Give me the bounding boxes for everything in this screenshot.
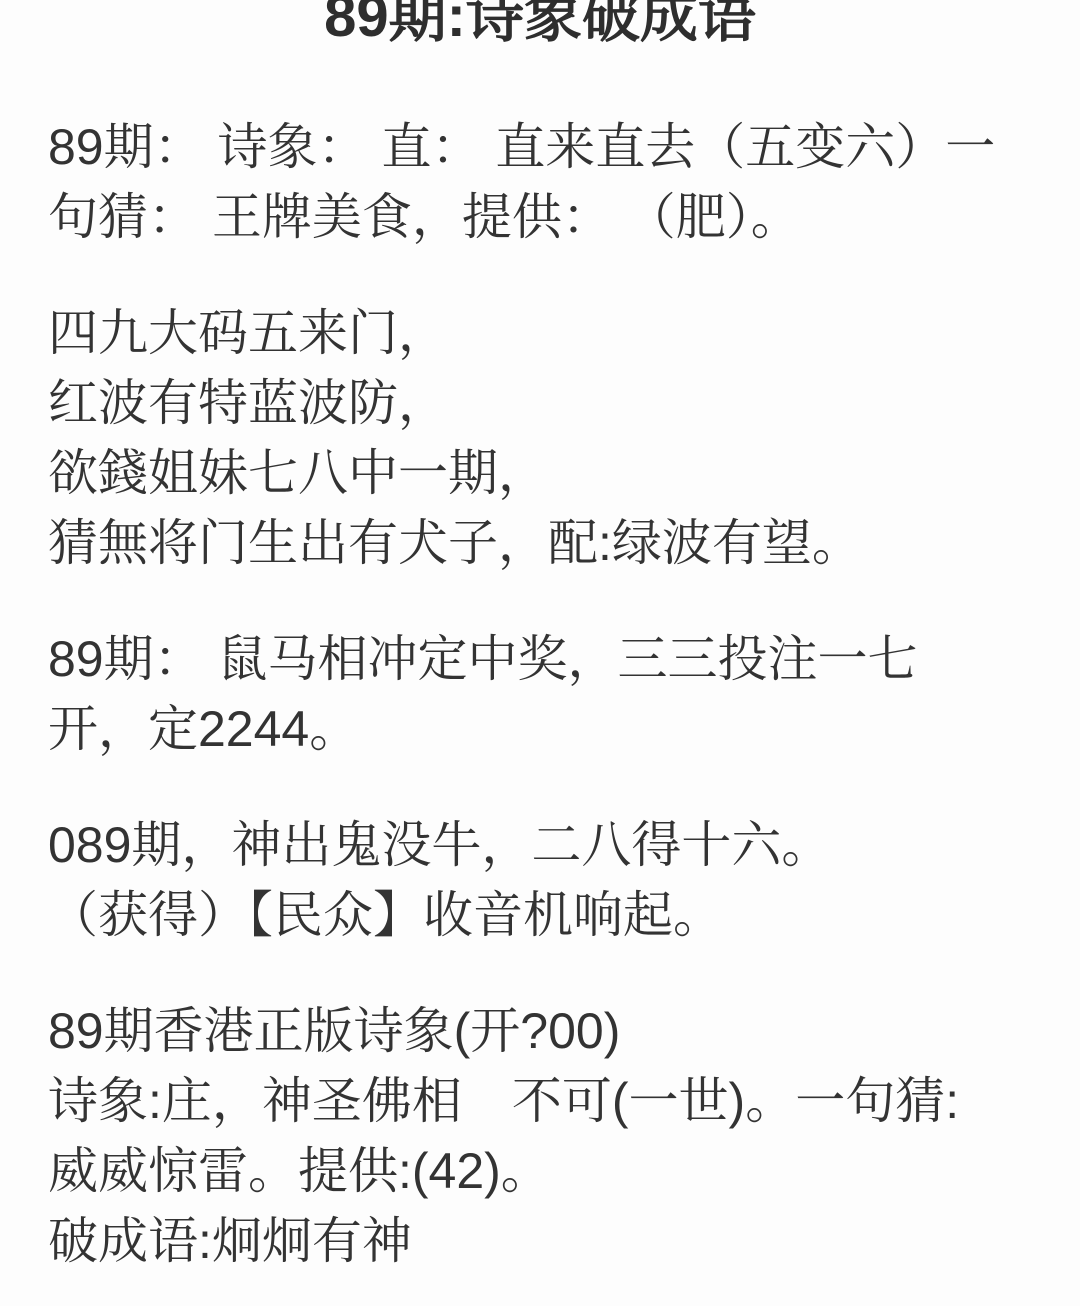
content-area: 89期： 诗象： 直： 直来直去（五变六）一句猜： 王牌美食，提供： （肥）。 … (0, 112, 1080, 1276)
text-line: 句猜： 王牌美食，提供： （肥）。 (48, 182, 1032, 252)
text-line: 破成语:炯炯有神 (48, 1206, 1032, 1276)
paragraph-poem: 四九大码五来门，红波有特蓝波防，欲錢姐妹七八中一期，猜無将门生出有犬子，配:绿波… (48, 298, 1032, 578)
page-title: 89期:诗象破成语 (0, 0, 1080, 46)
text-line: 开，定2244。 (48, 694, 1032, 764)
text-line: 089期，神出鬼没牛，二八得十六。 (48, 810, 1032, 880)
text-line: 89期香港正版诗象(开?00) (48, 996, 1032, 1066)
text-line: 猜無将门生出有犬子，配:绿波有望。 (48, 508, 1032, 578)
paragraph-riddle-1: 89期： 诗象： 直： 直来直去（五变六）一句猜： 王牌美食，提供： （肥）。 (48, 112, 1032, 252)
text-line: （获得）【民众】收音机响起。 (48, 880, 1032, 950)
text-line: 威威惊雷。提供:(42)。 (48, 1136, 1032, 1206)
text-line: 红波有特蓝波防， (48, 368, 1032, 438)
text-line: 89期： 鼠马相冲定中奖，三三投注一七 (48, 624, 1032, 694)
paragraph-riddle-3: 089期，神出鬼没牛，二八得十六。（获得）【民众】收音机响起。 (48, 810, 1032, 950)
tip-sheet-page: 89期:诗象破成语 89期： 诗象： 直： 直来直去（五变六）一句猜： 王牌美食… (0, 0, 1080, 1306)
text-line: 诗象:庄，神圣佛相 不可(一世)。一句猜: (48, 1066, 1032, 1136)
paragraph-riddle-2: 89期： 鼠马相冲定中奖，三三投注一七开，定2244。 (48, 624, 1032, 764)
text-line: 欲錢姐妹七八中一期， (48, 438, 1032, 508)
text-line: 四九大码五来门， (48, 298, 1032, 368)
text-line: 89期： 诗象： 直： 直来直去（五变六）一 (48, 112, 1032, 182)
paragraph-hongkong-edition: 89期香港正版诗象(开?00)诗象:庄，神圣佛相 不可(一世)。一句猜:威威惊雷… (48, 996, 1032, 1276)
